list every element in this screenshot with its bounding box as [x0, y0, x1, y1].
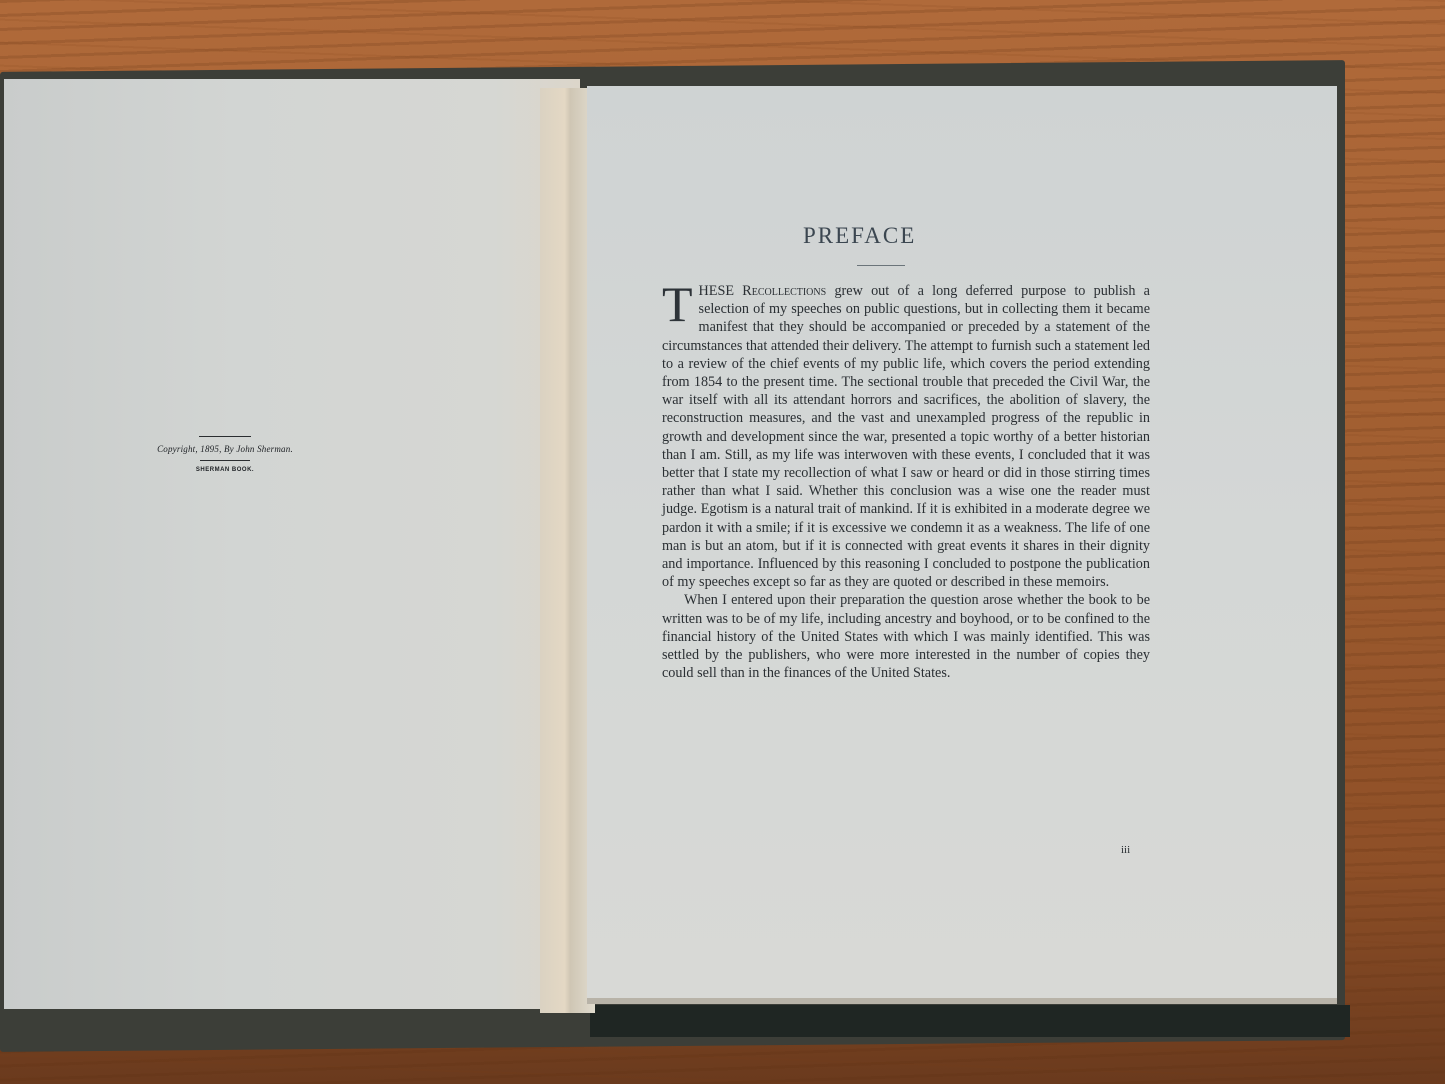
title-divider — [857, 265, 905, 266]
divider — [200, 460, 250, 461]
book-cover-edge — [590, 1005, 1350, 1037]
paragraph-1-text: grew out of a long deferred purpose to p… — [662, 283, 1150, 590]
paragraph-1: THESE Recollections grew out of a long d… — [662, 282, 1150, 591]
page-title: PREFACE — [803, 223, 916, 249]
divider — [199, 436, 251, 437]
copyright-block: Copyright, 1895, By John Sherman. SHERMA… — [110, 436, 340, 473]
paragraph-2: When I entered upon their preparation th… — [662, 591, 1150, 682]
copyright-notice: Copyright, 1895, By John Sherman. — [110, 444, 340, 454]
left-page — [4, 79, 580, 1009]
preface-body: THESE Recollections grew out of a long d… — [662, 282, 1150, 682]
drop-cap: T — [662, 284, 693, 324]
page-number: iii — [1121, 844, 1130, 856]
opening-words: HESE Recollections — [699, 283, 827, 299]
imprint: SHERMAN BOOK. — [110, 467, 340, 473]
